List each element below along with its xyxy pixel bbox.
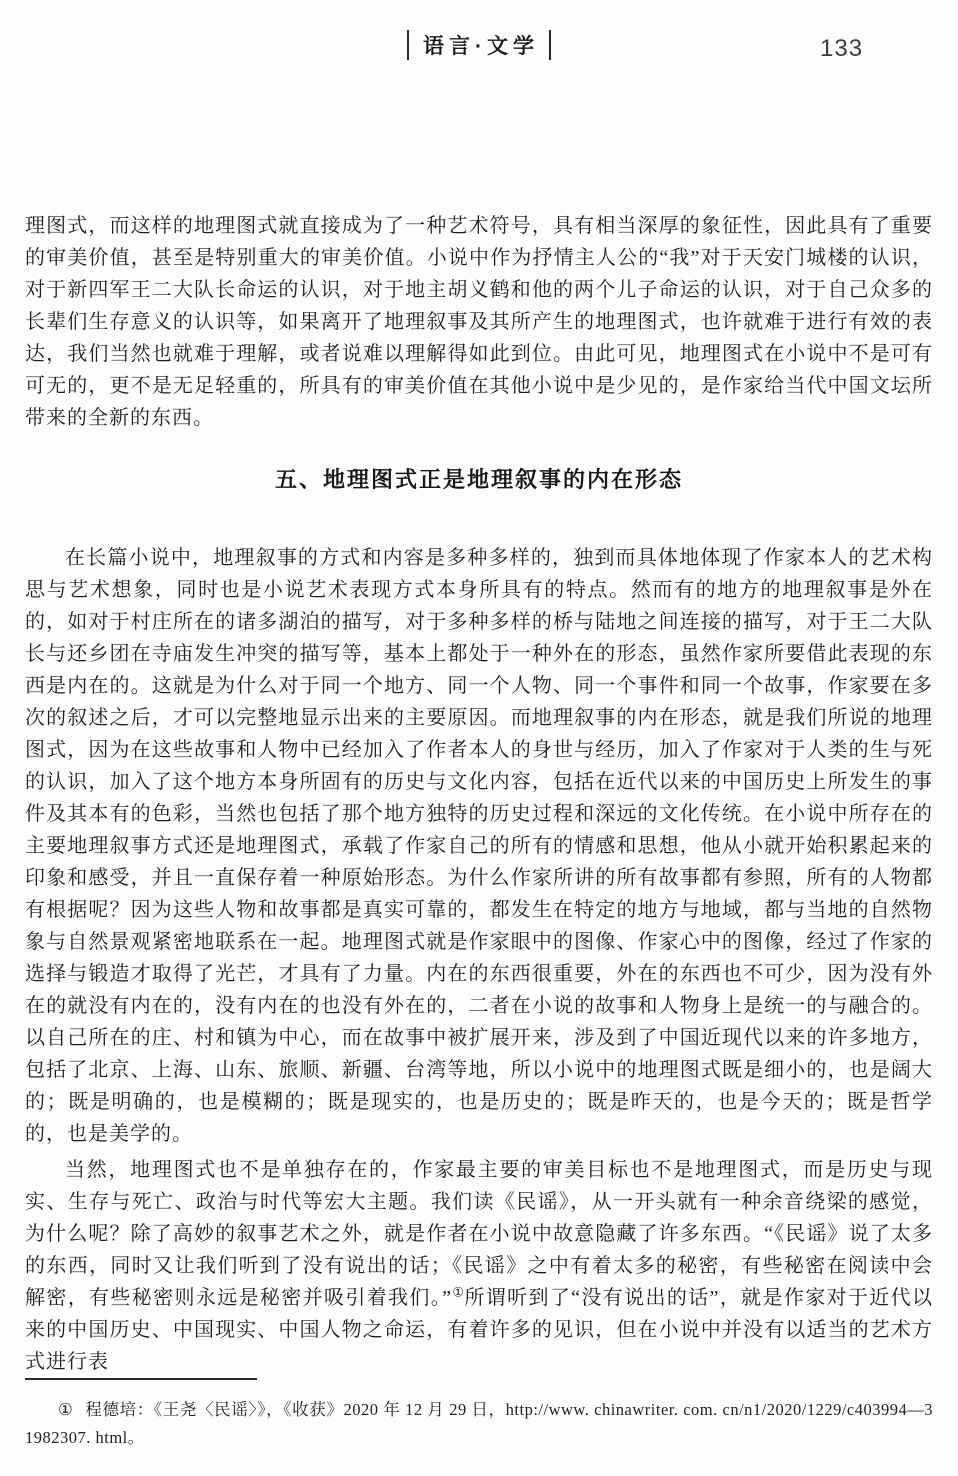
- footnote-marker: ①: [58, 1400, 73, 1419]
- page-header: 语言·文学 133: [0, 30, 958, 70]
- footnote-text: 程德培：《王尧〈民谣〉》，《收获》2020 年 12 月 29 日，http:/…: [25, 1400, 933, 1447]
- footnote-separator-rule: [25, 1378, 257, 1380]
- header-rule-right: [549, 30, 551, 60]
- running-head: 语言·文学: [0, 30, 958, 60]
- footnote: ①程德培：《王尧〈民谣〉》，《收获》2020 年 12 月 29 日，http:…: [25, 1396, 933, 1452]
- paragraph-with-footnote-ref: 当然，地理图式也不是单独存在的，作家最主要的审美目标也不是地理图式，而是历史与现…: [25, 1154, 933, 1378]
- paragraph-continued: 理图式，而这样的地理图式就直接成为了一种艺术符号，具有相当深厚的象征性，因此具有…: [25, 210, 933, 434]
- paragraph: 在长篇小说中，地理叙事的方式和内容是多种多样的，独到而具体地体现了作家本人的艺术…: [25, 542, 933, 1150]
- journal-page: 语言·文学 133 理图式，而这样的地理图式就直接成为了一种艺术符号，具有相当深…: [0, 0, 958, 1476]
- section-header-title: 语言·文学: [409, 30, 549, 60]
- article-body: 理图式，而这样的地理图式就直接成为了一种艺术符号，具有相当深厚的象征性，因此具有…: [25, 210, 933, 1378]
- page-number: 133: [820, 35, 863, 63]
- footnote-ref-marker: ①: [452, 1284, 464, 1299]
- footnote-area: ①程德培：《王尧〈民谣〉》，《收获》2020 年 12 月 29 日，http:…: [25, 1378, 933, 1452]
- section-heading: 五、地理图式正是地理叙事的内在形态: [25, 464, 933, 496]
